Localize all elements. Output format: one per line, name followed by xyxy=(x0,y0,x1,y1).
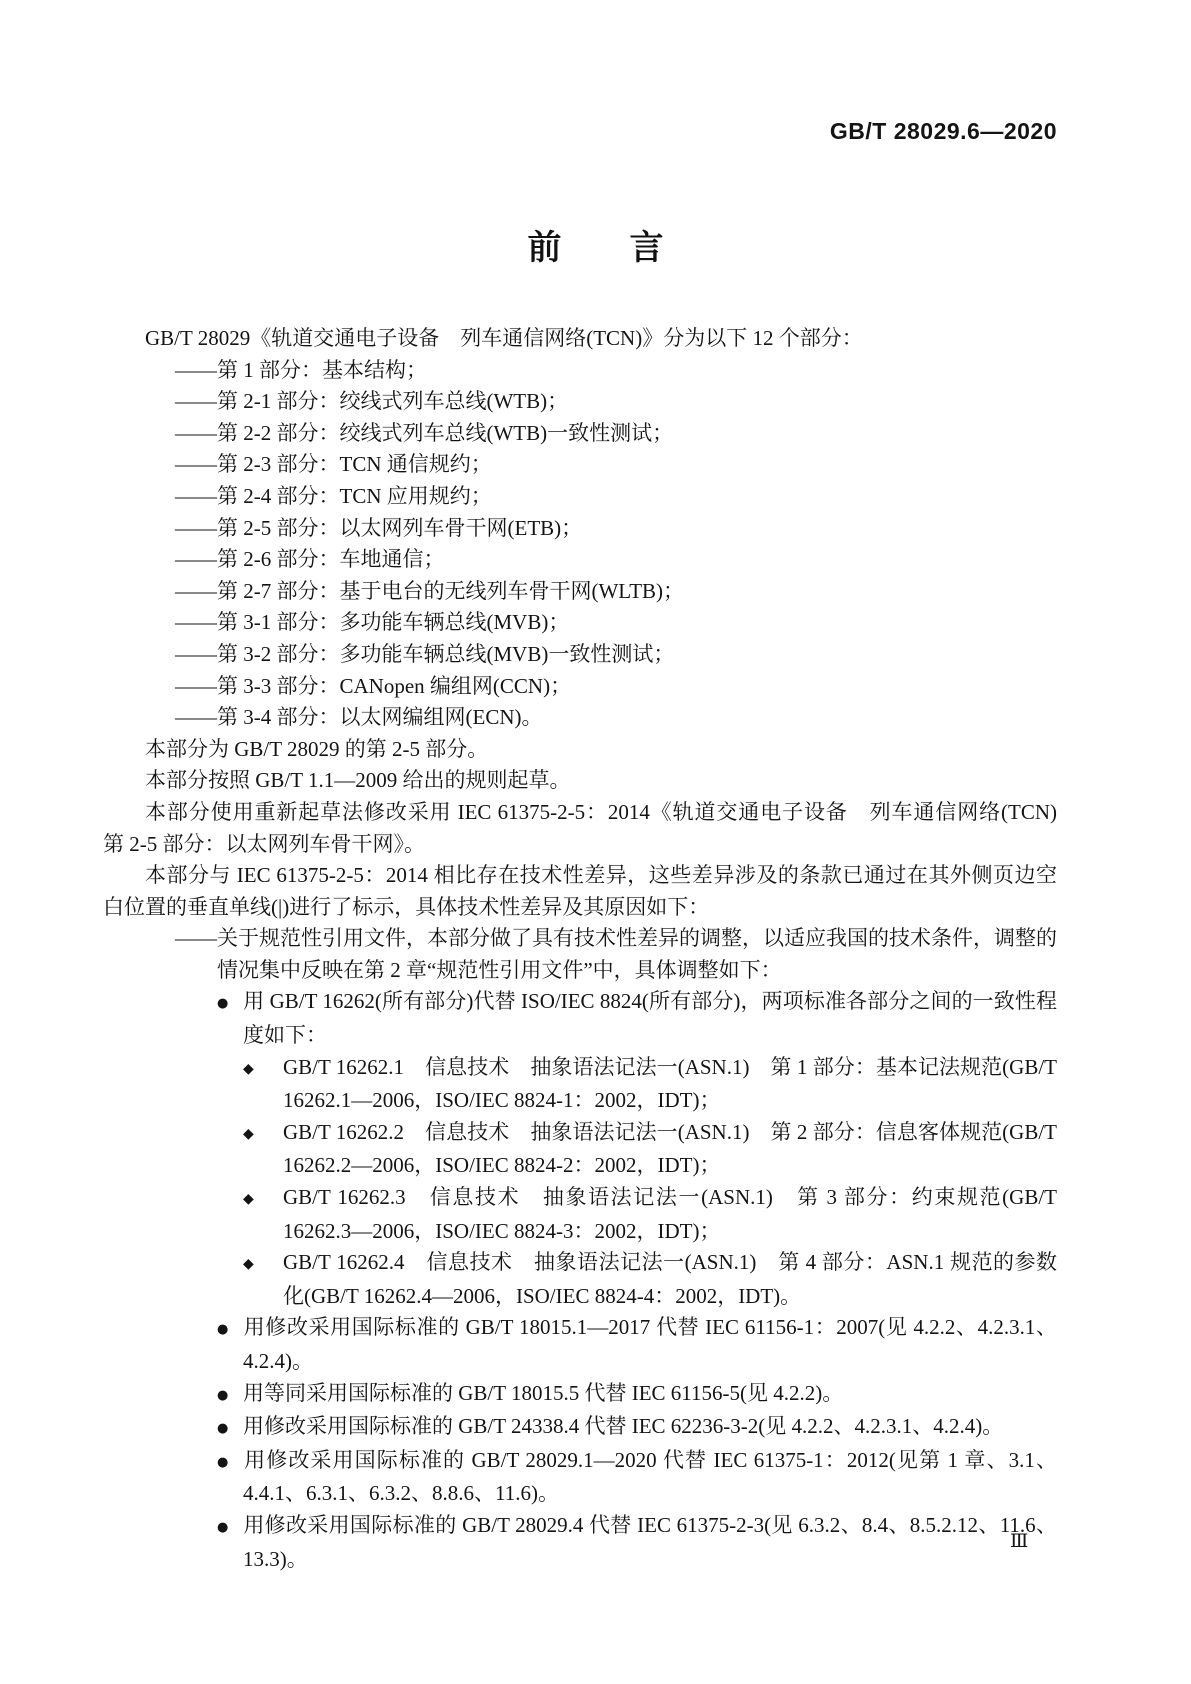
em-dash-marker: —— xyxy=(175,607,217,639)
diamond-item-text: GB/T 16262.2 信息技术 抽象语法记法一(ASN.1) 第 2 部分：… xyxy=(283,1120,1057,1178)
bullet-item-text: 用 GB/T 16262(所有部分)代替 ISO/IEC 8824(所有部分)，… xyxy=(243,989,1057,1047)
bullet-item-text: 用修改采用国际标准的 GB/T 28029.1—2020 代替 IEC 6137… xyxy=(243,1448,1057,1506)
em-dash-marker: —— xyxy=(175,386,217,418)
diamond-list-item: ◆GB/T 16262.3 信息技术 抽象语法记法一(ASN.1) 第 3 部分… xyxy=(103,1182,1057,1247)
bullet-item-text: 用修改采用国际标准的 GB/T 18015.1—2017 代替 IEC 6115… xyxy=(243,1315,1057,1373)
body-paragraph: 本部分与 IEC 61375-2-5：2014 相比存在技术性差异，这些差异涉及… xyxy=(103,860,1057,923)
part-item-text: 第 3-1 部分：多功能车辆总线(MVB)； xyxy=(217,610,569,634)
bullet-icon: ● xyxy=(217,1447,243,1479)
adjustment-item: ——关于规范性引用文件，本部分做了具有技术性差异的调整，以适应我国的技术条件，调… xyxy=(103,923,1057,986)
adjustment-text: 关于规范性引用文件，本部分做了具有技术性差异的调整，以适应我国的技术条件，调整的… xyxy=(217,926,1057,982)
bullet-icon: ● xyxy=(217,988,243,1020)
diamond-icon: ◆ xyxy=(243,1119,283,1151)
diamond-icon: ◆ xyxy=(243,1054,283,1086)
page-number: Ⅲ xyxy=(1010,1530,1028,1553)
body-paragraph: 本部分使用重新起草法修改采用 IEC 61375-2-5：2014《轨道交通电子… xyxy=(103,797,1057,860)
part-item-text: 第 2-5 部分：以太网列车骨干网(ETB)； xyxy=(217,516,582,540)
part-list-item: ——第 1 部分：基本结构； xyxy=(103,355,1057,387)
bullet-list-item: ●用修改采用国际标准的 GB/T 24338.4 代替 IEC 62236-3-… xyxy=(103,1411,1057,1445)
document-page: GB/T 28029.6—2020 前 言 GB/T 28029《轨道交通电子设… xyxy=(0,0,1191,1684)
part-list-item: ——第 2-3 部分：TCN 通信规约； xyxy=(103,449,1057,481)
part-item-text: 第 1 部分：基本结构； xyxy=(217,358,427,382)
em-dash-marker: —— xyxy=(175,702,217,734)
part-list-item: ——第 2-1 部分：绞线式列车总线(WTB)； xyxy=(103,386,1057,418)
bullet-item-text: 用等同采用国际标准的 GB/T 18015.5 代替 IEC 61156-5(见… xyxy=(243,1381,843,1405)
part-item-text: 第 2-4 部分：TCN 应用规约； xyxy=(217,484,492,508)
bullet-item-text: 用修改采用国际标准的 GB/T 24338.4 代替 IEC 62236-3-2… xyxy=(243,1414,1003,1438)
diamond-list-item: ◆GB/T 16262.4 信息技术 抽象语法记法一(ASN.1) 第 4 部分… xyxy=(103,1247,1057,1312)
intro-paragraph: GB/T 28029《轨道交通电子设备 列车通信网络(TCN)》分为以下 12 … xyxy=(103,323,1057,355)
em-dash-marker: —— xyxy=(175,544,217,576)
part-list-item: ——第 2-7 部分：基于电台的无线列车骨干网(WLTB)； xyxy=(103,576,1057,608)
bullet-list-item: ●用等同采用国际标准的 GB/T 18015.5 代替 IEC 61156-5(… xyxy=(103,1378,1057,1412)
page-title: 前 言 xyxy=(0,220,1191,269)
bullet-icon: ● xyxy=(217,1413,243,1445)
diamond-list-item: ◆GB/T 16262.1 信息技术 抽象语法记法一(ASN.1) 第 1 部分… xyxy=(103,1052,1057,1117)
diamond-item-text: GB/T 16262.4 信息技术 抽象语法记法一(ASN.1) 第 4 部分：… xyxy=(283,1250,1057,1308)
bullet-icon: ● xyxy=(217,1512,243,1544)
foreword-content: GB/T 28029《轨道交通电子设备 列车通信网络(TCN)》分为以下 12 … xyxy=(103,323,1057,1575)
em-dash-marker: —— xyxy=(175,418,217,450)
part-list-item: ——第 2-6 部分：车地通信； xyxy=(103,544,1057,576)
part-list-item: ——第 2-2 部分：绞线式列车总线(WTB)一致性测试； xyxy=(103,418,1057,450)
body-paragraph: 本部分按照 GB/T 1.1—2009 给出的规则起草。 xyxy=(103,765,1057,797)
diamond-item-text: GB/T 16262.1 信息技术 抽象语法记法一(ASN.1) 第 1 部分：… xyxy=(283,1055,1057,1113)
part-item-text: 第 2-6 部分：车地通信； xyxy=(217,547,445,571)
part-item-text: 第 2-3 部分：TCN 通信规约； xyxy=(217,452,492,476)
em-dash-marker: —— xyxy=(175,355,217,387)
diamond-list-item: ◆GB/T 16262.2 信息技术 抽象语法记法一(ASN.1) 第 2 部分… xyxy=(103,1117,1057,1182)
bullet-item-text: 用修改采用国际标准的 GB/T 28029.4 代替 IEC 61375-2-3… xyxy=(243,1513,1057,1571)
part-item-text: 第 2-7 部分：基于电台的无线列车骨干网(WLTB)； xyxy=(217,579,684,603)
em-dash-marker: —— xyxy=(175,639,217,671)
bullet-icon: ● xyxy=(217,1314,243,1346)
bullet-list-item: ●用修改采用国际标准的 GB/T 18015.1—2017 代替 IEC 611… xyxy=(103,1312,1057,1377)
standard-code: GB/T 28029.6—2020 xyxy=(830,118,1057,145)
bullet-list-item: ●用修改采用国际标准的 GB/T 28029.1—2020 代替 IEC 613… xyxy=(103,1445,1057,1510)
em-dash-marker: —— xyxy=(175,923,217,955)
part-item-text: 第 2-2 部分：绞线式列车总线(WTB)一致性测试； xyxy=(217,421,673,445)
diamond-icon: ◆ xyxy=(243,1249,283,1281)
part-item-text: 第 3-3 部分：CANopen 编组网(CCN)； xyxy=(217,674,571,698)
part-item-text: 第 2-1 部分：绞线式列车总线(WTB)； xyxy=(217,389,568,413)
part-list-item: ——第 2-5 部分：以太网列车骨干网(ETB)； xyxy=(103,513,1057,545)
bullet-list-item: ●用修改采用国际标准的 GB/T 28029.4 代替 IEC 61375-2-… xyxy=(103,1510,1057,1575)
em-dash-marker: —— xyxy=(175,449,217,481)
em-dash-marker: —— xyxy=(175,576,217,608)
bullet-icon: ● xyxy=(217,1380,243,1412)
em-dash-marker: —— xyxy=(175,481,217,513)
body-paragraph: 本部分为 GB/T 28029 的第 2-5 部分。 xyxy=(103,734,1057,766)
em-dash-marker: —— xyxy=(175,671,217,703)
part-list-item: ——第 3-3 部分：CANopen 编组网(CCN)； xyxy=(103,671,1057,703)
diamond-icon: ◆ xyxy=(243,1184,283,1216)
bullet-list-item: ●用 GB/T 16262(所有部分)代替 ISO/IEC 8824(所有部分)… xyxy=(103,986,1057,1051)
diamond-item-text: GB/T 16262.3 信息技术 抽象语法记法一(ASN.1) 第 3 部分：… xyxy=(283,1185,1057,1243)
part-list-item: ——第 3-4 部分：以太网编组网(ECN)。 xyxy=(103,702,1057,734)
part-list-item: ——第 3-2 部分：多功能车辆总线(MVB)一致性测试； xyxy=(103,639,1057,671)
part-item-text: 第 3-2 部分：多功能车辆总线(MVB)一致性测试； xyxy=(217,642,674,666)
part-list-item: ——第 3-1 部分：多功能车辆总线(MVB)； xyxy=(103,607,1057,639)
part-item-text: 第 3-4 部分：以太网编组网(ECN)。 xyxy=(217,705,542,729)
part-list-item: ——第 2-4 部分：TCN 应用规约； xyxy=(103,481,1057,513)
em-dash-marker: —— xyxy=(175,513,217,545)
